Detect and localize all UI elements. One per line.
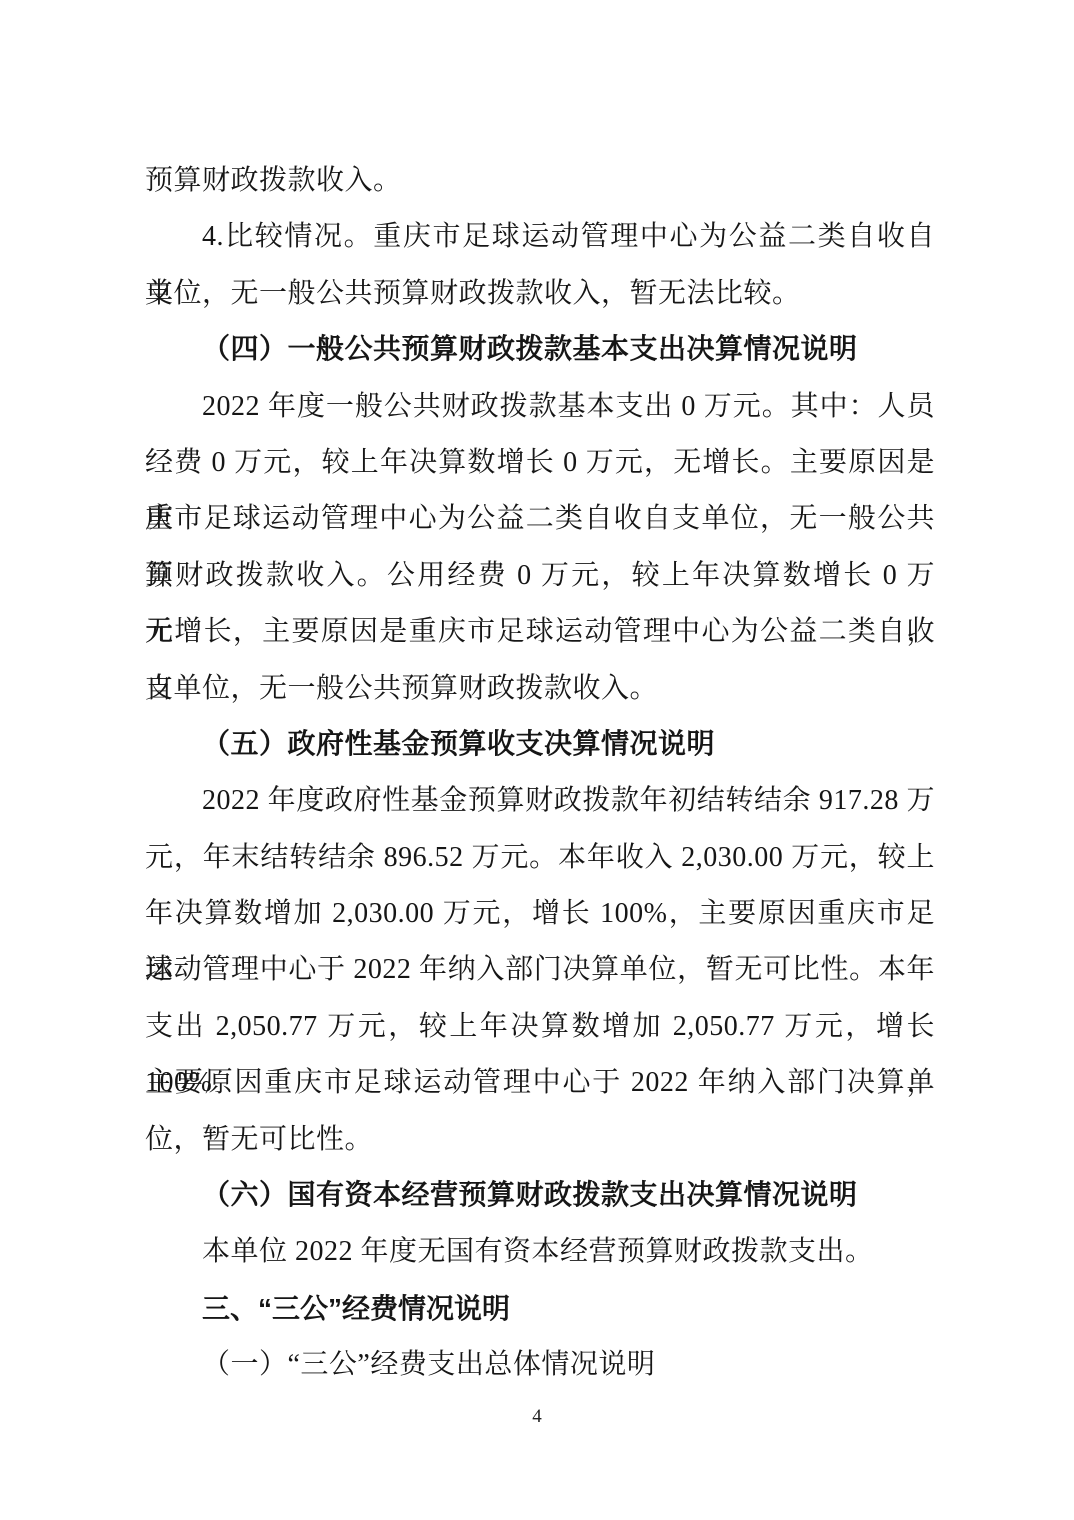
page-number: 4 xyxy=(0,1402,1074,1432)
text-line: 运动管理中心于 2022 年纳入部门决算单位，暂无可比性。本年 xyxy=(145,942,935,998)
text-line: 经费 0 万元，较上年决算数增长 0 万元，无增长。主要原因是重 xyxy=(145,435,935,491)
text-line: 算财政拨款收入。公用经费 0 万元，较上年决算数增长 0 万元， xyxy=(145,548,935,604)
text-line: 预算财政拨款收入。 xyxy=(145,153,935,209)
section-heading-6: （六）国有资本经营预算财政拨款支出决算情况说明 xyxy=(145,1168,935,1224)
text-line: 4.比较情况。重庆市足球运动管理中心为公益二类自收自支 xyxy=(145,209,935,265)
text-line: 位，暂无可比性。 xyxy=(145,1112,935,1168)
document-page: 预算财政拨款收入。 4.比较情况。重庆市足球运动管理中心为公益二类自收自支 单位… xyxy=(0,0,1074,1520)
text-line: 本单位 2022 年度无国有资本经营预算财政拨款支出。 xyxy=(145,1224,935,1280)
chapter-heading-3: 三、“三公”经费情况说明 xyxy=(145,1281,935,1337)
text-line: 单位，无一般公共预算财政拨款收入，暂无法比较。 xyxy=(145,266,935,322)
section-heading-4: （四）一般公共预算财政拨款基本支出决算情况说明 xyxy=(145,322,935,378)
section-heading-5: （五）政府性基金预算收支决算情况说明 xyxy=(145,717,935,773)
text-line: 支单位，无一般公共预算财政拨款收入。 xyxy=(145,661,935,717)
document-body: 预算财政拨款收入。 4.比较情况。重庆市足球运动管理中心为公益二类自收自支 单位… xyxy=(145,153,935,1394)
text-line: 2022 年度一般公共财政拨款基本支出 0 万元。其中：人员 xyxy=(145,379,935,435)
text-line: 主要原因重庆市足球运动管理中心于 2022 年纳入部门决算单 xyxy=(145,1055,935,1111)
text-line: 支出 2,050.77 万元，较上年决算数增加 2,050.77 万元，增长 1… xyxy=(145,999,935,1055)
text-line: 2022 年度政府性基金预算财政拨款年初结转结余 917.28 万 xyxy=(145,773,935,829)
text-line: 无增长，主要原因是重庆市足球运动管理中心为公益二类自收自 xyxy=(145,604,935,660)
text-line: 年决算数增加 2,030.00 万元，增长 100%，主要原因重庆市足球 xyxy=(145,886,935,942)
section-heading-1: （一）“三公”经费支出总体情况说明 xyxy=(145,1337,935,1393)
text-line: 元，年末结转结余 896.52 万元。本年收入 2,030.00 万元，较上 xyxy=(145,830,935,886)
text-line: 庆市足球运动管理中心为公益二类自收自支单位，无一般公共预 xyxy=(145,491,935,547)
